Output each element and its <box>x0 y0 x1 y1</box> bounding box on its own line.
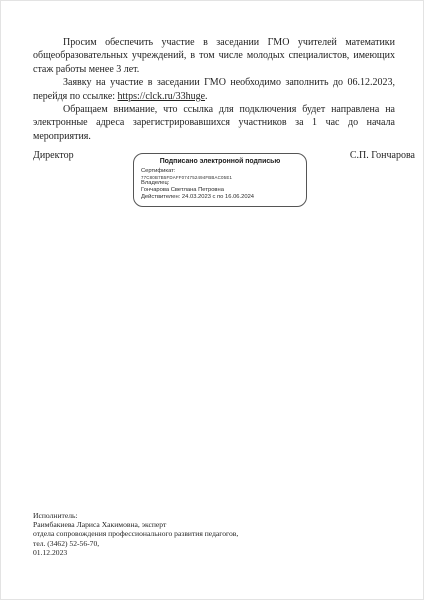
signatory-position: Директор <box>33 150 74 161</box>
paragraph-application-text: Заявку на участие в заседании ГМО необхо… <box>33 77 395 101</box>
letter-date: 01.12.2023 <box>33 548 238 557</box>
executor-label: Исполнитель: <box>33 511 238 520</box>
stamp-owner-label: Владелец: <box>141 180 299 187</box>
paragraph-application-deadline: Заявку на участие в заседании ГМО необхо… <box>33 76 395 103</box>
electronic-signature-stamp: Подписано электронной подписью Сертифика… <box>133 153 307 207</box>
registration-link[interactable]: https://clck.ru/33huge <box>118 91 206 102</box>
letter-page: Просим обеспечить участие в заседании ГМ… <box>0 0 424 600</box>
stamp-validity: Действителен: 24.03.2023 с по 16.06.2024 <box>141 194 299 201</box>
executor-footer: Исполнитель: Раимбакиева Лариса Хакимовн… <box>33 511 238 557</box>
stamp-owner-name: Гончарова Светлана Петровна <box>141 187 299 194</box>
stamp-title: Подписано электронной подписью <box>141 158 299 165</box>
executor-phone: тел. (3462) 52-56-70, <box>33 539 238 548</box>
executor-name: Раимбакиева Лариса Хакимовна, эксперт <box>33 520 238 529</box>
letter-body: Просим обеспечить участие в заседании ГМ… <box>33 36 395 143</box>
paragraph-application-period: . <box>205 91 208 102</box>
paragraph-connection-notice: Обращаем внимание, что ссылка для подклю… <box>33 103 395 143</box>
signatory-name: С.П. Гончарова <box>350 150 415 161</box>
paragraph-request-participation: Просим обеспечить участие в заседании ГМ… <box>33 36 395 76</box>
executor-department: отдела сопровождения профессионального р… <box>33 529 238 538</box>
stamp-certificate-label: Сертификат: <box>141 168 299 175</box>
